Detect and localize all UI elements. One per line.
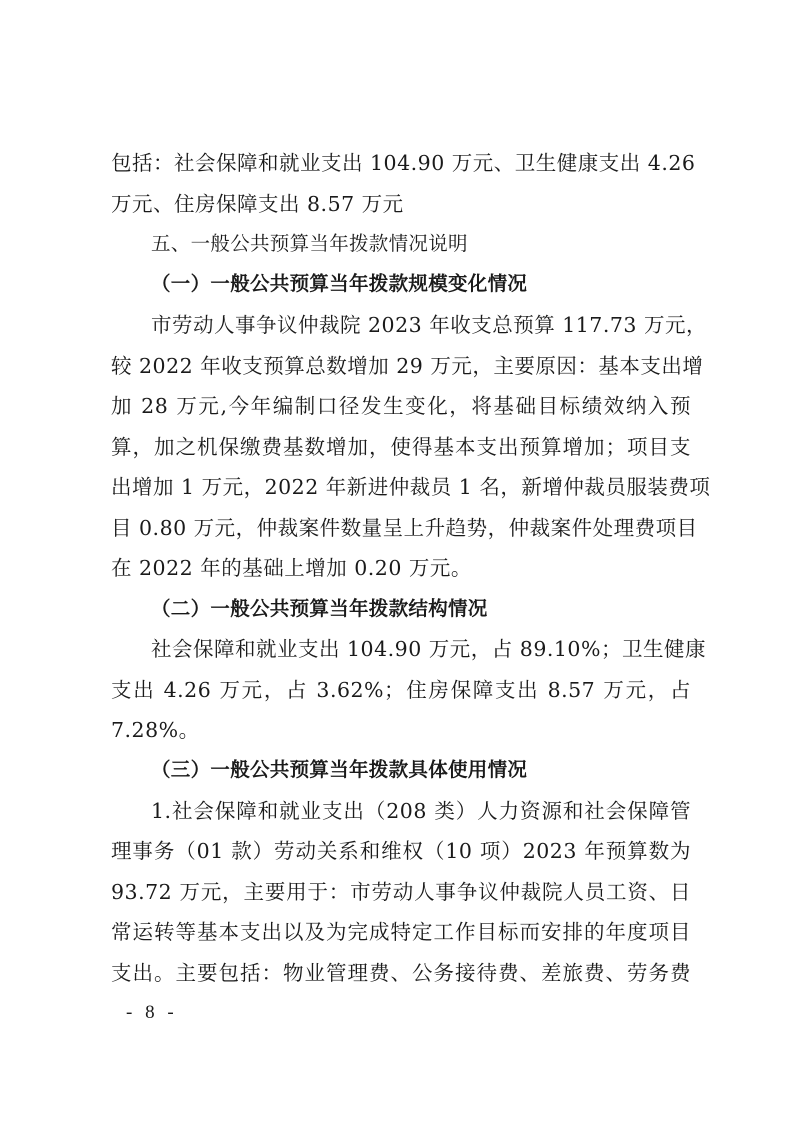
document-page: 包括：社会保障和就业支出 104.90 万元、卫生健康支出 4.26 万元、住房… <box>0 0 793 1122</box>
subsection-heading: （一）一般公共预算当年拨款规模变化情况 <box>151 264 691 304</box>
section-heading: 五、一般公共预算当年拨款情况说明 <box>151 224 691 264</box>
body-line: 万元、住房保障支出 8.57 万元 <box>111 184 691 224</box>
body-line: 加 28 万元,今年编制口径发生变化，将基础目标绩效纳入预 <box>111 386 691 426</box>
body-line: 包括：社会保障和就业支出 104.90 万元、卫生健康支出 4.26 <box>111 143 691 183</box>
subsection-heading: （三）一般公共预算当年拨款具体使用情况 <box>151 750 691 790</box>
body-line: 出增加 1 万元，2022 年新进仲裁员 1 名，新增仲裁员服装费项 <box>111 467 691 507</box>
body-line: 目 0.80 万元，仲裁案件数量呈上升趋势，仲裁案件处理费项目 <box>111 508 691 548</box>
body-line: 算，加之机保缴费基数增加，使得基本支出预算增加；项目支 <box>111 427 691 467</box>
subsection-heading: （二）一般公共预算当年拨款结构情况 <box>151 589 691 629</box>
body-line: 社会保障和就业支出 104.90 万元，占 89.10%；卫生健康 <box>151 629 691 669</box>
body-line: 支出 4.26 万元，占 3.62%；住房保障支出 8.57 万元，占 <box>111 670 691 710</box>
body-line: 市劳动人事争议仲裁院 2023 年收支总预算 117.73 万元， <box>151 305 691 345</box>
body-line: 在 2022 年的基础上增加 0.20 万元。 <box>111 548 691 588</box>
body-line: 较 2022 年收支预算总数增加 29 万元，主要原因：基本支出增 <box>111 346 691 386</box>
body-line: 7.28%。 <box>111 710 691 750</box>
body-line: 常运转等基本支出以及为完成特定工作目标而安排的年度项目 <box>111 912 691 952</box>
body-line: 理事务（01 款）劳动关系和维权（10 项）2023 年预算数为 <box>111 831 691 871</box>
body-line: 93.72 万元，主要用于：市劳动人事争议仲裁院人员工资、日 <box>111 872 691 912</box>
body-line: 支出。主要包括：物业管理费、公务接待费、差旅费、劳务费 <box>111 953 691 993</box>
page-number: - 8 - <box>126 995 178 1031</box>
body-line: 1.社会保障和就业支出（208 类）人力资源和社会保障管 <box>151 791 691 831</box>
